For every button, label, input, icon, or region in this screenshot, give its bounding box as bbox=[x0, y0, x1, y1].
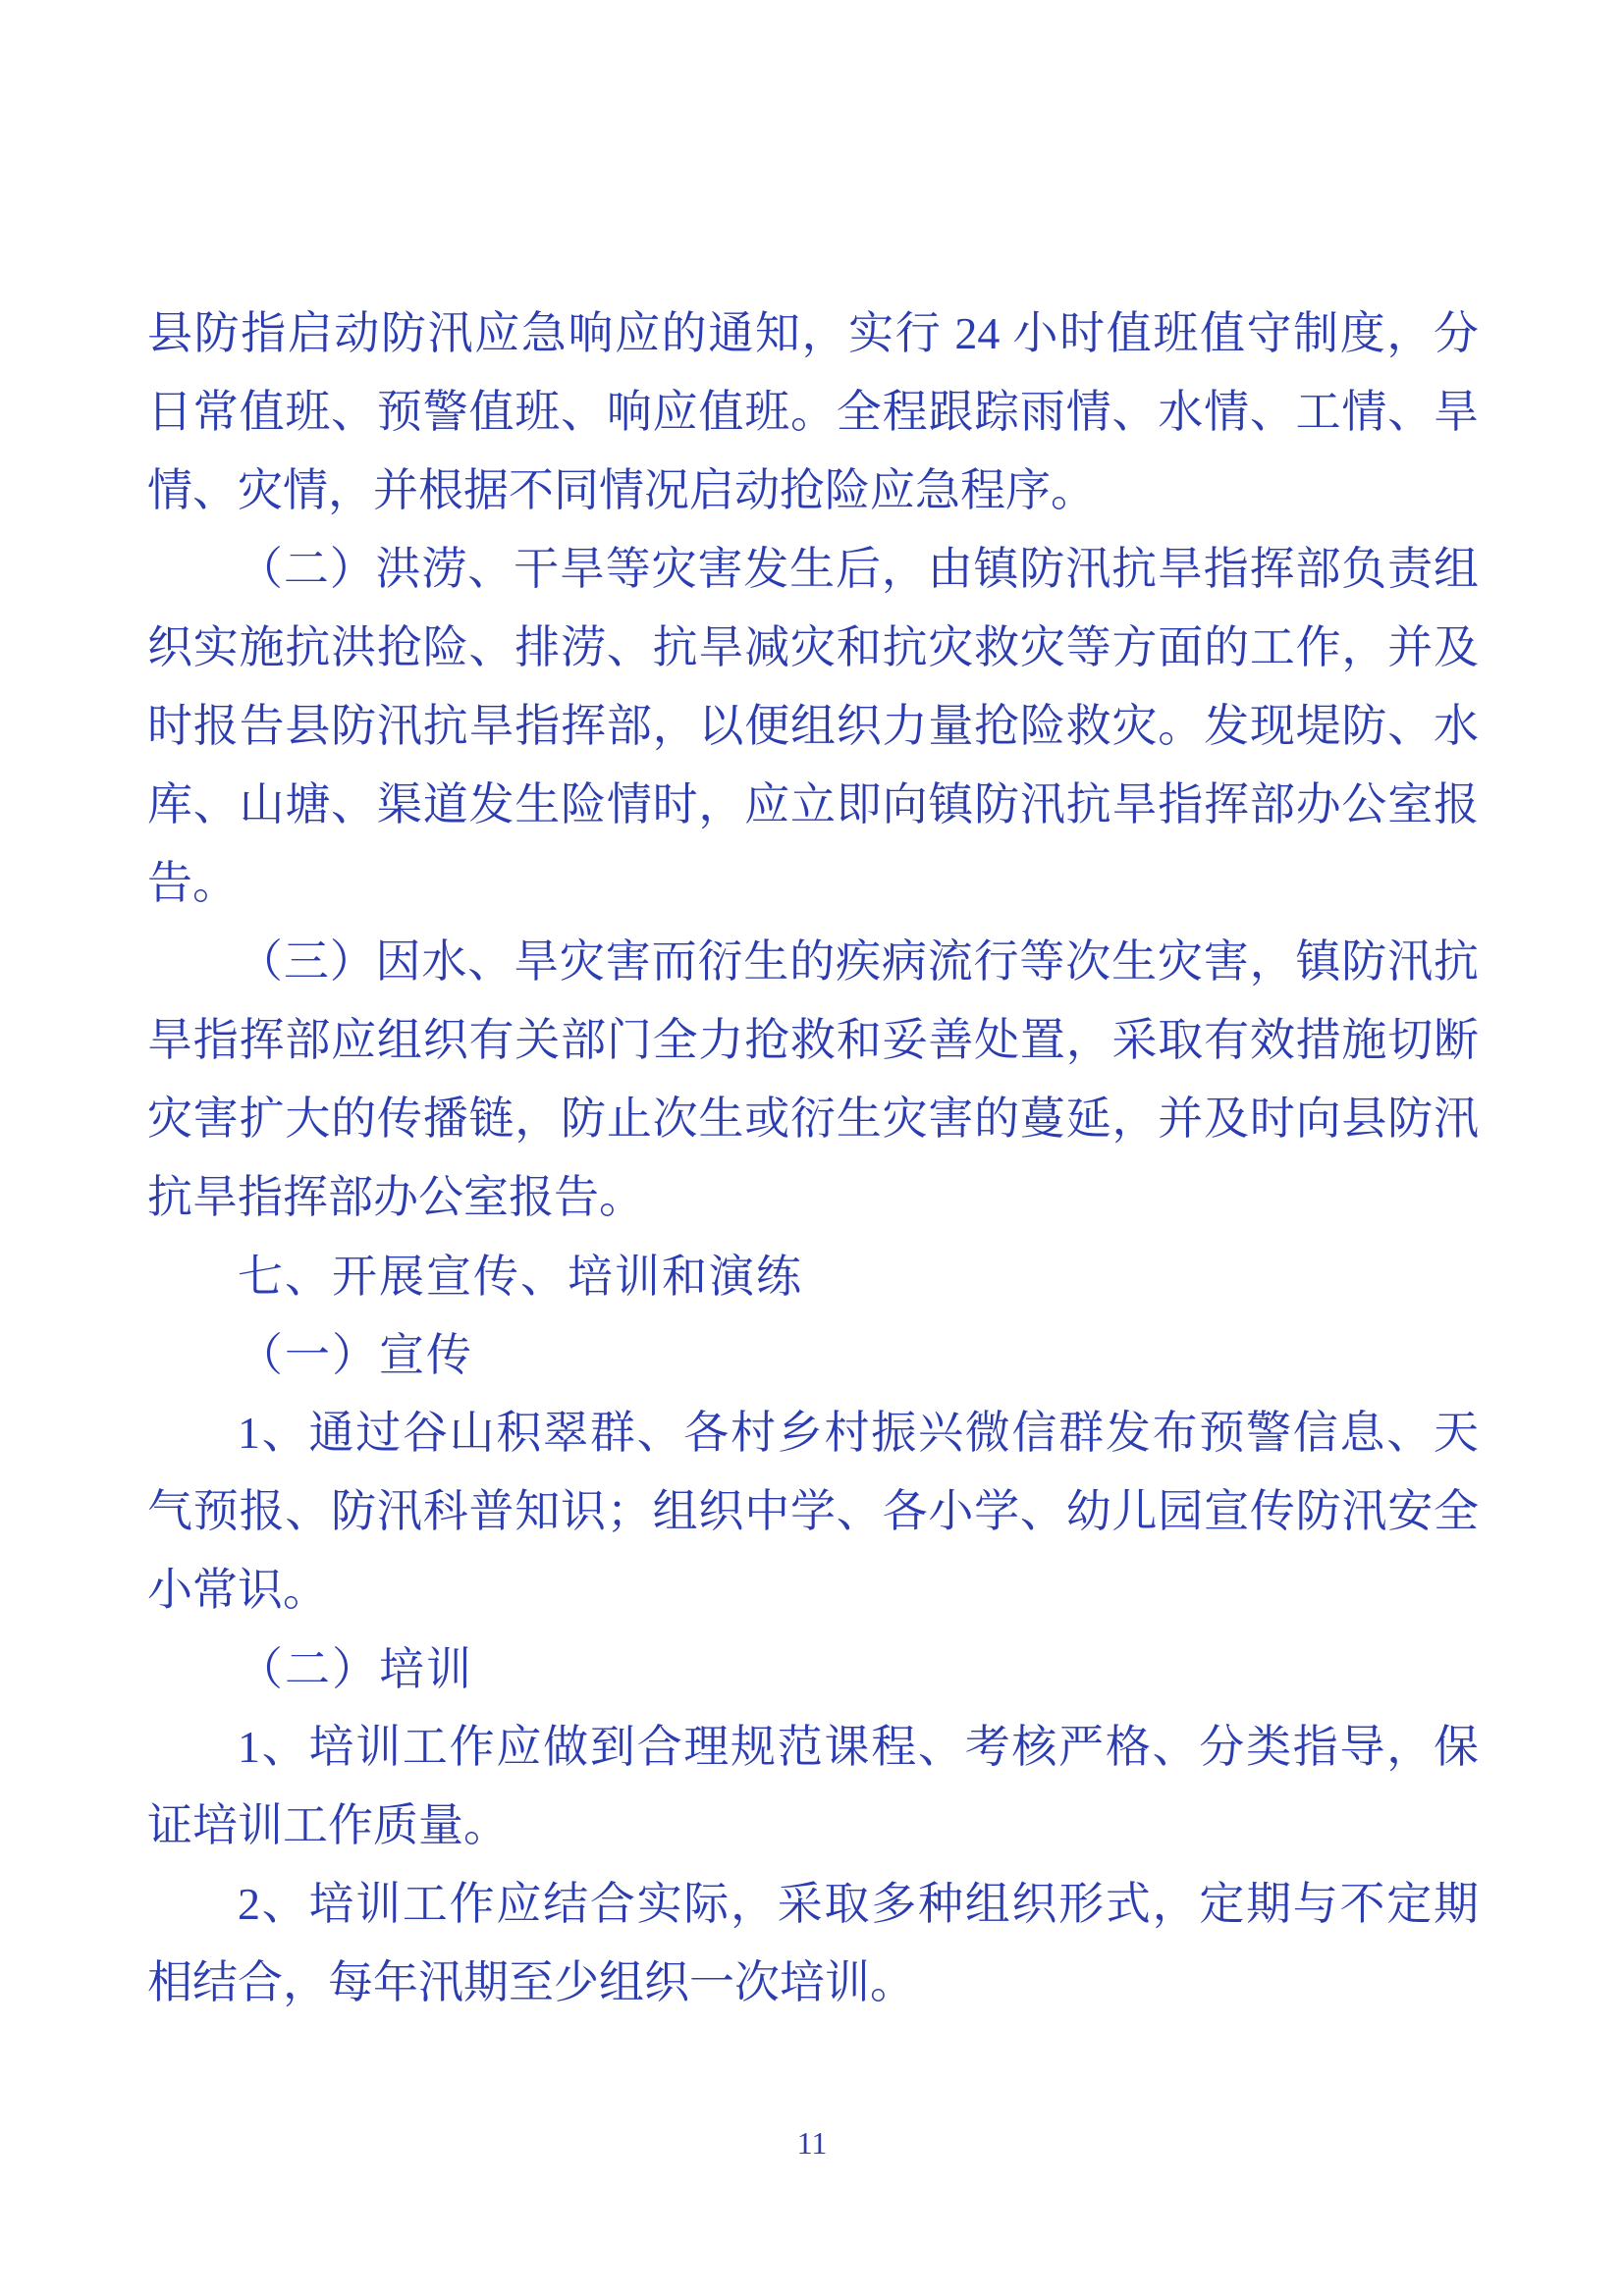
paragraph-training-1: 1、培训工作应做到合理规范课程、考核严格、分类指导，保证培训工作质量。 bbox=[147, 1708, 1479, 1865]
page-footer: 11 bbox=[0, 2125, 1624, 2162]
paragraph-item-2: （二）洪涝、干旱等灾害发生后，由镇防汛抗旱指挥部负责组织实施抗洪抢险、排涝、抗旱… bbox=[147, 530, 1479, 923]
paragraph-item-3: （三）因水、旱灾害而衍生的疾病流行等次生灾害，镇防汛抗旱指挥部应组织有关部门全力… bbox=[147, 923, 1479, 1237]
document-page: 县防指启动防汛应急响应的通知，实行 24 小时值班值守制度，分日常值班、预警值班… bbox=[0, 0, 1624, 2296]
paragraph-propaganda-1: 1、通过谷山积翠群、各村乡村振兴微信群发布预警信息、天气预报、防汛科普知识；组织… bbox=[147, 1394, 1479, 1629]
sub-heading-propaganda: （一）宣传 bbox=[147, 1315, 1479, 1394]
paragraph-continuation: 县防指启动防汛应急响应的通知，实行 24 小时值班值守制度，分日常值班、预警值班… bbox=[147, 294, 1479, 530]
paragraph-training-2: 2、培训工作应结合实际，采取多种组织形式，定期与不定期相结合，每年汛期至少组织一… bbox=[147, 1865, 1479, 2022]
page-number: 11 bbox=[797, 2125, 828, 2161]
document-body: 县防指启动防汛应急响应的通知，实行 24 小时值班值守制度，分日常值班、预警值班… bbox=[147, 294, 1479, 2022]
section-heading-7: 七、开展宣传、培训和演练 bbox=[147, 1237, 1479, 1315]
sub-heading-training: （二）培训 bbox=[147, 1629, 1479, 1708]
